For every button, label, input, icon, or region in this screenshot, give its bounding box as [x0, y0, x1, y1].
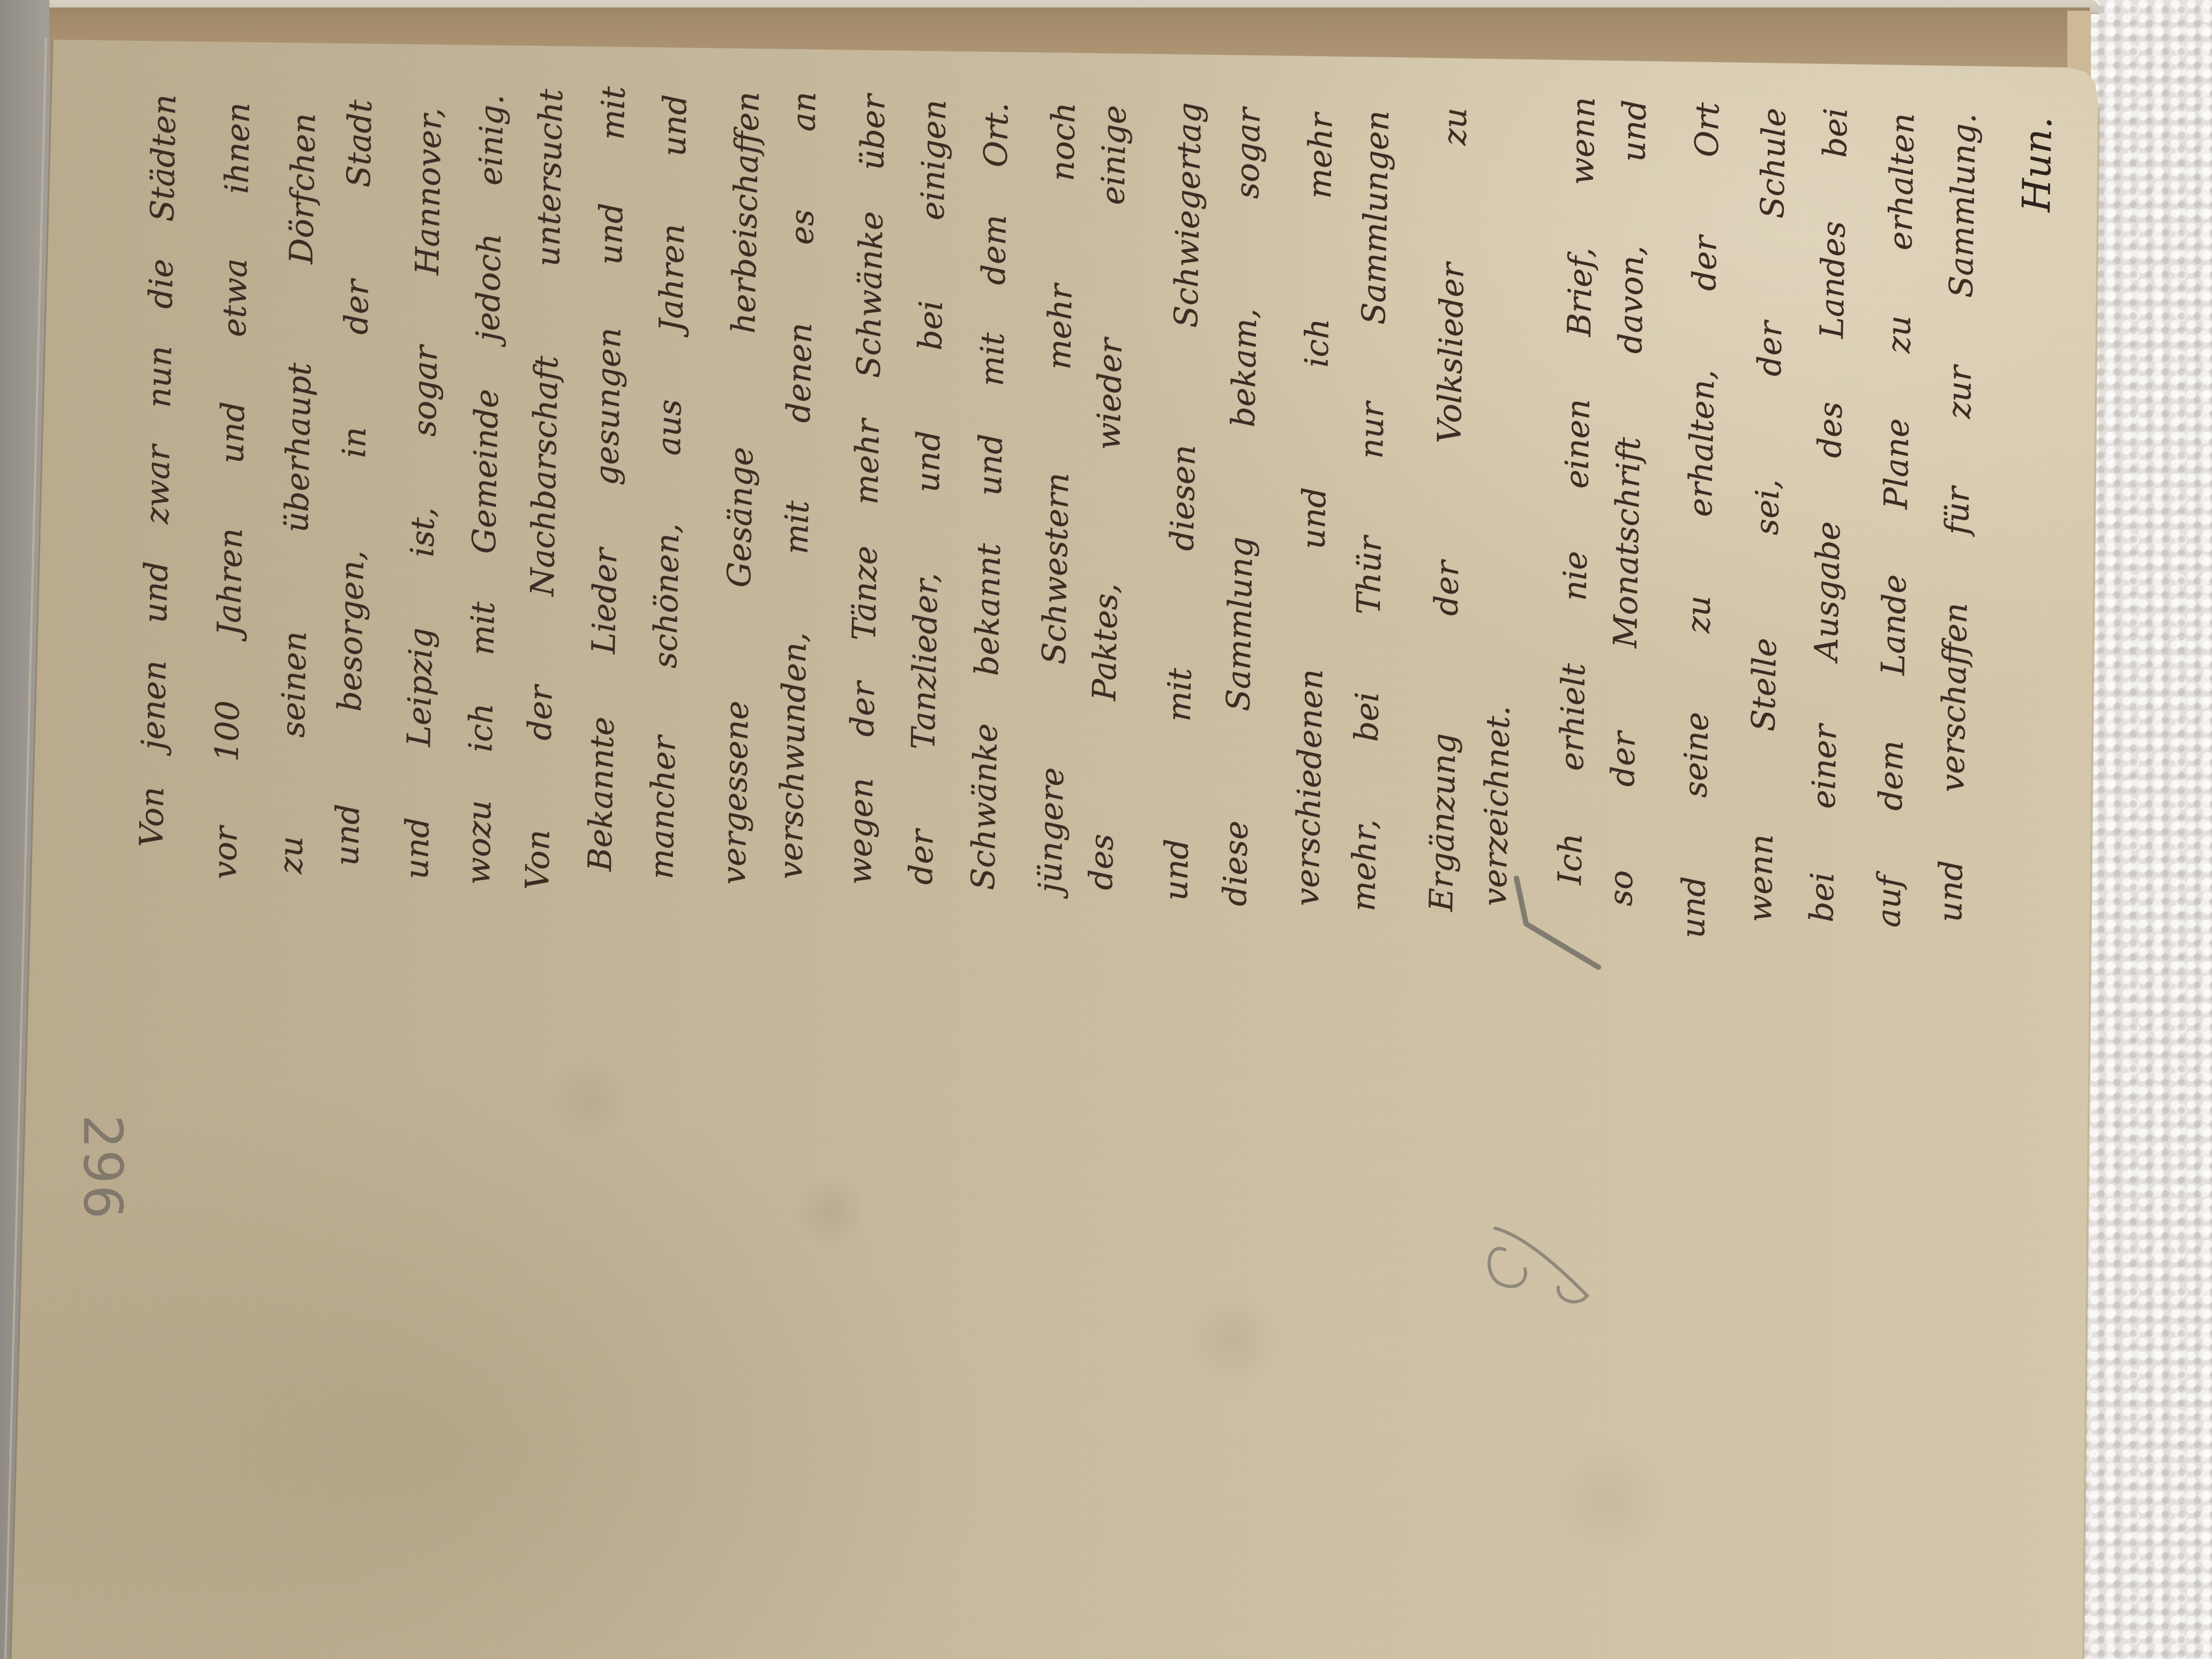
signature: Hun.: [2009, 104, 2065, 213]
text-line: verzeichnet.: [1468, 552, 1528, 907]
pencil-page-number: 296: [70, 1115, 136, 1232]
